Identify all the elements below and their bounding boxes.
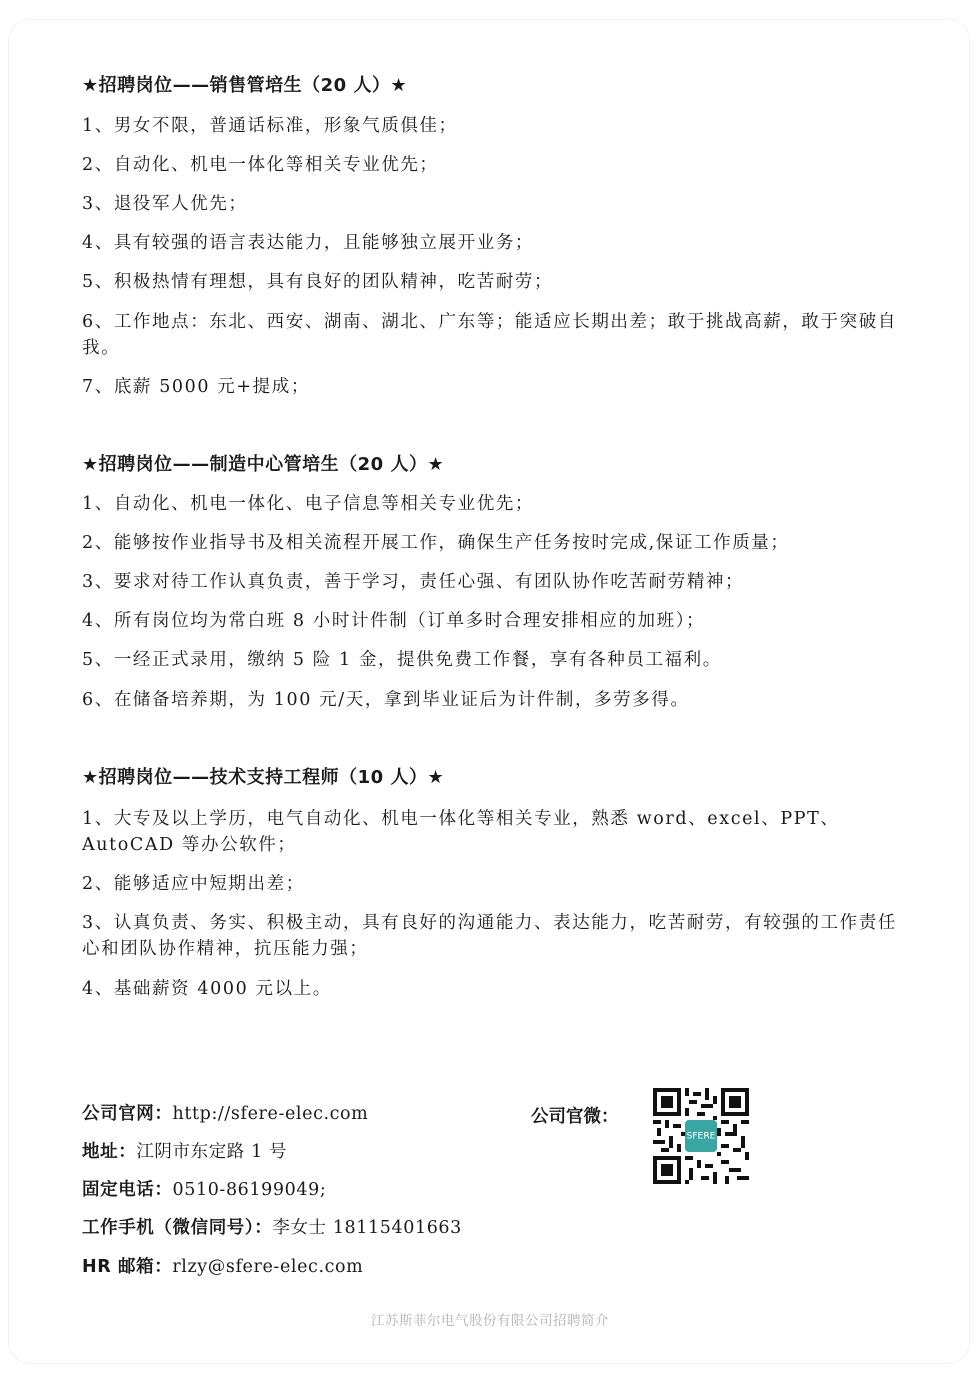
email-link[interactable]: rlzy@sfere-elec.com xyxy=(172,1257,363,1277)
email-label: HR 邮箱： xyxy=(82,1257,172,1277)
mobile-value: 李女士 18115401663 xyxy=(272,1218,462,1238)
list-item: 6、工作地点：东北、西安、湖南、湖北、广东等；能适应长期出差；敢于挑战高薪，敢于… xyxy=(82,309,897,361)
phone-label: 固定电话： xyxy=(82,1180,173,1200)
website-label: 公司官网： xyxy=(82,1104,173,1124)
list-item: 5、一经正式录用，缴纳 5 险 1 金，提供免费工作餐，享有各种员工福利。 xyxy=(82,647,897,673)
list-item: 2、能够适应中短期出差； xyxy=(82,871,897,897)
list-item: 2、能够按作业指导书及相关流程开展工作，确保生产任务按时完成,保证工作质量； xyxy=(82,530,897,556)
list-item: 7、底薪 5000 元+提成； xyxy=(82,374,897,400)
contact-mobile: 工作手机（微信同号）：李女士 18115401663 xyxy=(82,1215,462,1241)
website-link[interactable]: http://sfere-elec.com xyxy=(173,1104,369,1124)
list-item: 6、在储备培养期，为 100 元/天，拿到毕业证后为计件制，多劳多得。 xyxy=(82,687,897,713)
list-item: 4、具有较强的语言表达能力，且能够独立展开业务； xyxy=(82,230,897,256)
list-item: 4、基础薪资 4000 元以上。 xyxy=(82,976,897,1002)
list-item: 1、男女不限，普通话标准，形象气质俱佳； xyxy=(82,113,897,139)
wechat-qr-code: SFERE xyxy=(653,1088,749,1184)
section-title-sales: ★招聘岗位——销售管培生（20 人）★ xyxy=(82,73,407,99)
list-item: 2、自动化、机电一体化等相关专业优先； xyxy=(82,152,897,178)
qr-logo-text: SFERE xyxy=(686,1130,715,1141)
page-footer: 江苏斯菲尔电气股份有限公司招聘简介 xyxy=(0,1309,980,1329)
section-title-tech-support: ★招聘岗位——技术支持工程师（10 人）★ xyxy=(82,765,444,791)
contact-phone: 固定电话：0510-86199049; xyxy=(82,1177,326,1203)
phone-value: 0510-86199049; xyxy=(173,1180,327,1200)
qr-code-icon: SFERE xyxy=(653,1088,749,1184)
section-title-manufacturing: ★招聘岗位——制造中心管培生（20 人）★ xyxy=(82,452,444,478)
list-item: 1、自动化、机电一体化、电子信息等相关专业优先； xyxy=(82,491,897,517)
list-item: 4、所有岗位均为常白班 8 小时计件制（订单多时合理安排相应的加班）； xyxy=(82,608,897,634)
mobile-label: 工作手机（微信同号）： xyxy=(82,1218,272,1238)
list-item: 3、要求对待工作认真负责，善于学习，责任心强、有团队协作吃苦耐劳精神； xyxy=(82,569,897,595)
wechat-label: 公司官微： xyxy=(531,1104,619,1130)
contact-website: 公司官网：http://sfere-elec.com xyxy=(82,1101,368,1127)
contact-email: HR 邮箱：rlzy@sfere-elec.com xyxy=(82,1254,363,1280)
address-value: 江阴市东定路 1 号 xyxy=(136,1142,287,1162)
list-item: 5、积极热情有理想，具有良好的团队精神，吃苦耐劳； xyxy=(82,269,897,295)
address-label: 地址： xyxy=(82,1142,136,1162)
list-item: 1、大专及以上学历，电气自动化、机电一体化等相关专业，熟悉 word、excel… xyxy=(82,806,897,858)
list-item: 3、退役军人优先； xyxy=(82,191,897,217)
contact-address: 地址：江阴市东定路 1 号 xyxy=(82,1139,287,1165)
list-item: 3、认真负责、务实、积极主动，具有良好的沟通能力、表达能力，吃苦耐劳，有较强的工… xyxy=(82,910,897,962)
